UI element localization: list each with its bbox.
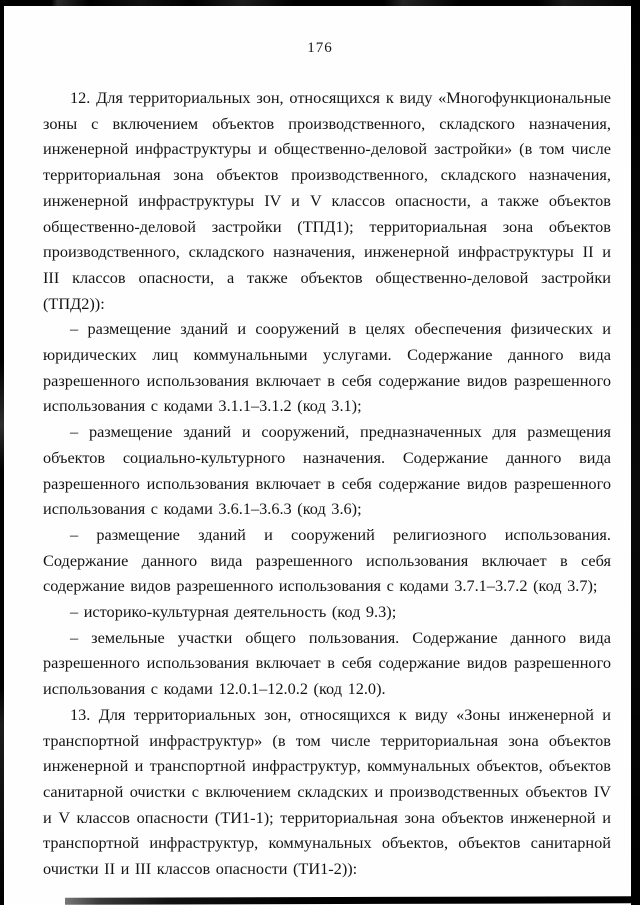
- page-number: 176: [0, 40, 640, 57]
- scan-artifact-bottom-edge: [65, 896, 640, 905]
- paragraph-bullet-communal-services: – размещение зданий и сооружений в целях…: [43, 316, 611, 419]
- scan-artifact-left-edge: [0, 0, 4, 905]
- paragraph-bullet-historical-cultural: – историко-культурная деятельность (код …: [43, 599, 611, 625]
- scanned-document-page: 176 12. Для территориальных зон, относящ…: [0, 0, 640, 905]
- scan-artifact-top-edge: [0, 0, 640, 6]
- paragraph-item-12: 12. Для территориальных зон, относящихся…: [43, 85, 611, 316]
- scan-artifact-right-edge: [631, 0, 640, 905]
- paragraph-bullet-religious: – размещение зданий и сооружений религио…: [43, 522, 611, 599]
- document-body: 12. Для территориальных зон, относящихся…: [43, 85, 611, 882]
- paragraph-bullet-common-land: – земельные участки общего пользования. …: [43, 625, 611, 702]
- paragraph-bullet-social-cultural: – размещение зданий и сооружений, предна…: [43, 419, 611, 522]
- paragraph-item-13: 13. Для территориальных зон, относящихся…: [43, 702, 611, 882]
